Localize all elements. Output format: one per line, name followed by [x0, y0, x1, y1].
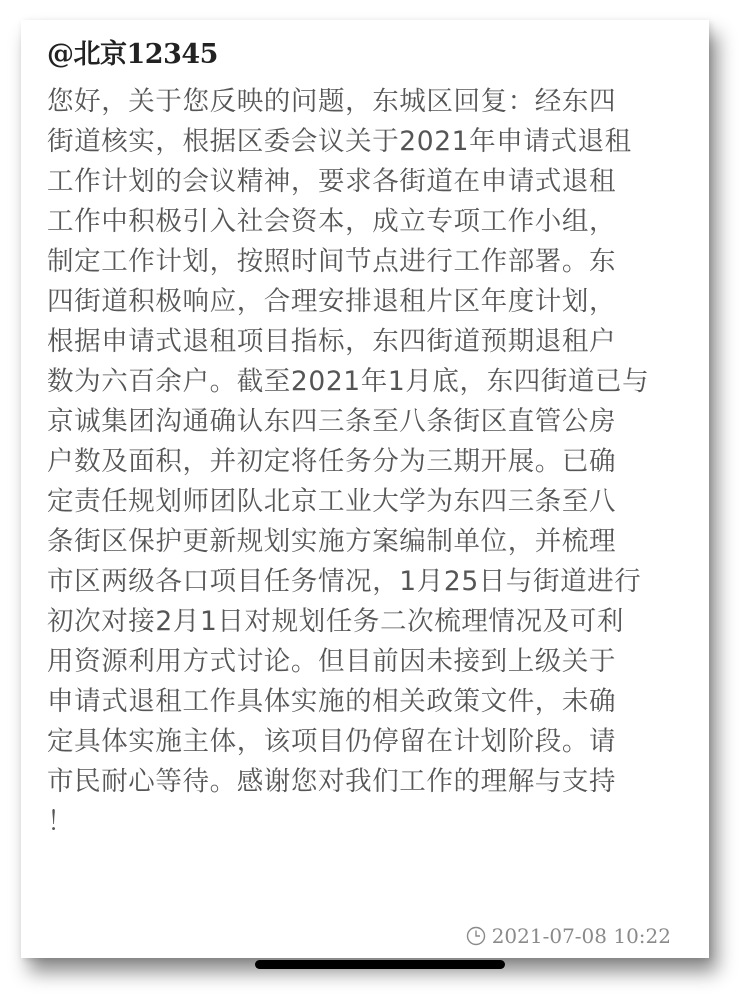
post-timestamp: 2021-07-08 10:22	[466, 924, 671, 948]
post-body-line: 工作计划的会议精神，要求各街道在申请式退租	[47, 162, 687, 202]
post-body-line: 初次对接2月1日对规划任务二次梳理情况及可利	[47, 602, 687, 642]
post-body-line: 制定工作计划，按照时间节点进行工作部署。东	[47, 242, 687, 282]
post-body-line: 用资源利用方式讨论。但目前因未接到上级关于	[47, 642, 687, 682]
post-body: 您好，关于您反映的问题，东城区回复：经东四 街道核实，根据区委会议关于2021年…	[47, 82, 687, 842]
post-body-line: 市区两级各口项目任务情况，1月25日与街道进行	[47, 562, 687, 602]
post-body-line: 定责任规划师团队北京工业大学为东四三条至八	[47, 482, 687, 522]
post-body-line: 条街区保护更新规划实施方案编制单位，并梳理	[47, 522, 687, 562]
post-body-line: 市民耐心等待。感谢您对我们工作的理解与支持	[47, 762, 687, 802]
post-body-line: 定具体实施主体，该项目仍停留在计划阶段。请	[47, 722, 687, 762]
post-body-line: 您好，关于您反映的问题，东城区回复：经东四	[47, 82, 687, 122]
home-indicator-bar[interactable]	[255, 960, 505, 969]
post-body-line: 根据申请式退租项目指标，东四街道预期退租户	[47, 322, 687, 362]
post-card: @北京12345 您好，关于您反映的问题，东城区回复：经东四 街道核实，根据区委…	[21, 20, 709, 958]
post-body-line: 户数及面积，并初定将任务分为三期开展。已确	[47, 442, 687, 482]
post-body-line: 街道核实，根据区委会议关于2021年申请式退租	[47, 122, 687, 162]
post-body-line: ！	[47, 802, 687, 842]
clock-icon	[466, 926, 486, 946]
post-body-line: 数为六百余户。截至2021年1月底，东四街道已与	[47, 362, 687, 402]
post-body-line: 京诚集团沟通确认东四三条至八条街区直管公房	[47, 402, 687, 442]
timestamp-text: 2021-07-08 10:22	[492, 924, 671, 948]
post-body-line: 工作中积极引入社会资本，成立专项工作小组，	[47, 202, 687, 242]
post-author[interactable]: @北京12345	[47, 32, 218, 71]
post-body-line: 申请式退租工作具体实施的相关政策文件，未确	[47, 682, 687, 722]
post-body-line: 四街道积极响应，合理安排退租片区年度计划，	[47, 282, 687, 322]
